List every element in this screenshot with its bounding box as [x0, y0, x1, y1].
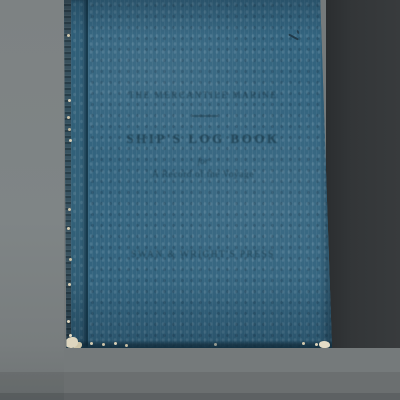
scanner-background-right — [326, 0, 400, 348]
cover-publisher-line: SWAN & WRIGHT'S PRESS — [88, 250, 318, 260]
cover-conjunction: for — [88, 156, 318, 166]
scanner-background-left — [0, 0, 64, 400]
title-rule — [192, 115, 218, 117]
cover-title: SHIP'S LOG BOOK — [88, 131, 318, 147]
book-bottom-edge — [64, 340, 332, 348]
scanned-book-photo: THE MERCANTILE MARINE SHIP'S LOG BOOK fo… — [0, 0, 400, 400]
wear-specks-left-edge — [66, 0, 69, 3]
cover-series-line: THE MERCANTILE MARINE — [88, 90, 318, 100]
book-spine-edge — [64, 0, 71, 348]
corner-wear-bottom-right — [319, 341, 330, 348]
scanner-shadow-band-dark — [0, 393, 400, 400]
book-cover: THE MERCANTILE MARINE SHIP'S LOG BOOK fo… — [64, 0, 332, 348]
book-spine-strip — [71, 0, 86, 348]
cover-subtitle: A Record of the Voyage — [88, 170, 318, 180]
